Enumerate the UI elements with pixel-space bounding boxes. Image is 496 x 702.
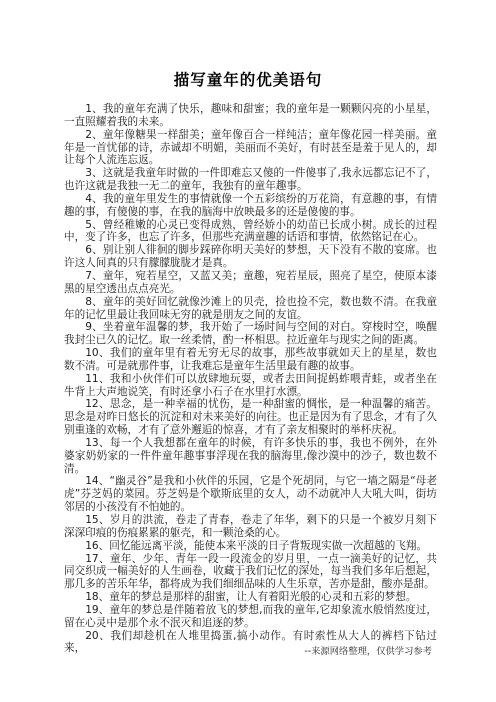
paragraph-16: 16、回忆能远离平淡，能使本来平淡的日子背叛现实做一次超越的飞翔。 [64, 540, 437, 553]
paragraph-19: 19、童年的梦总是伴随着放飞的梦想,而我的童年,它却象流水般悄然度过，留在心灵中… [64, 604, 437, 630]
document-body: 1、我的童年充满了快乐，趣味和甜蜜；我的童年是一颗颗闪亮的小星星，一直照耀着我的… [64, 103, 437, 655]
paragraph-13: 13、每一个人我想都在童年的时候，有许多快乐的事，我也不例外，在外婆家奶奶家的一… [64, 437, 437, 476]
paragraph-2: 2、童年像糖果一样甜美；童年像百合一样纯洁；童年像花园一样美丽。童年是一首忧郁的… [64, 129, 437, 168]
page-title: 描写童年的优美语句 [0, 0, 496, 90]
paragraph-12: 12、思念，是一种幸福的忧伤，是一种甜蜜的惆怅，是一种温馨的痛苦。思念是对昨日悠… [64, 398, 437, 437]
paragraph-6: 6、别让别人徘徊的脚步踩碎你明天美好的梦想，天下没有不散的宴席。也许这人间真的只… [64, 244, 437, 270]
paragraph-10: 10、我们的童年里有着无穷无尽的故事，那些故事就如天上的星星，数也数不清。可是就… [64, 347, 437, 373]
paragraph-8: 8、童年的美好回忆就像沙滩上的贝壳，捡也捡不完，数也数不清。在我童年的记忆里最让… [64, 296, 437, 322]
paragraph-4: 4、我的童年里发生的事情就像一个五彩缤纷的万花筒，有意趣的事，有情趣的事，有傻傻… [64, 193, 437, 219]
paragraph-11: 11、我和小伙伴们可以放肆地玩耍，或者去田间捉蚂蚱喂青蛙，或者坐在牛背上大声地说… [64, 373, 437, 399]
document-page: 描写童年的优美语句 1、我的童年充满了快乐，趣味和甜蜜；我的童年是一颗颗闪亮的小… [0, 0, 496, 702]
paragraph-14: 14、“幽灵谷”是我和小伙伴的乐园，它是个死胡同，与它一墙之隔是“母老虎”芬芝妈… [64, 475, 437, 514]
footer-note: --来源网络整理，仅供学习参考 [304, 646, 432, 658]
paragraph-9: 9、坐着童年温馨的梦，我开始了一场时间与空间的对白。穿梭时空，唤醒我封尘已久的记… [64, 321, 437, 347]
paragraph-3: 3、这就是我童年时做的一件即难忘又傻的一件傻事了,我永远都忘记不了，也许这就是我… [64, 167, 437, 193]
paragraph-1: 1、我的童年充满了快乐，趣味和甜蜜；我的童年是一颗颗闪亮的小星星，一直照耀着我的… [64, 103, 437, 129]
paragraph-17: 17、童年、少年、青年一段一段流金的岁月里，一点一滴美好的记忆，共同交织成一幅美… [64, 553, 437, 592]
paragraph-7: 7、童年，宛若星空，又蓝又美；童趣，宛若星辰，照亮了星空，使原本漆黑的星空透出点… [64, 270, 437, 296]
paragraph-5: 5、曾经稚嫩的心灵已变得成熟，曾经娇小的幼苗已长成小树。成长的过程中，变了许多，… [64, 219, 437, 245]
paragraph-15: 15、岁月的洪流，卷走了青春，卷走了年华，剩下的只是一个被岁月刻下深深印痕的伤痕… [64, 514, 437, 540]
paragraph-18: 18、童年的梦总是那样的甜蜜，让人有着阳光般的心灵和五彩的梦想。 [64, 591, 437, 604]
